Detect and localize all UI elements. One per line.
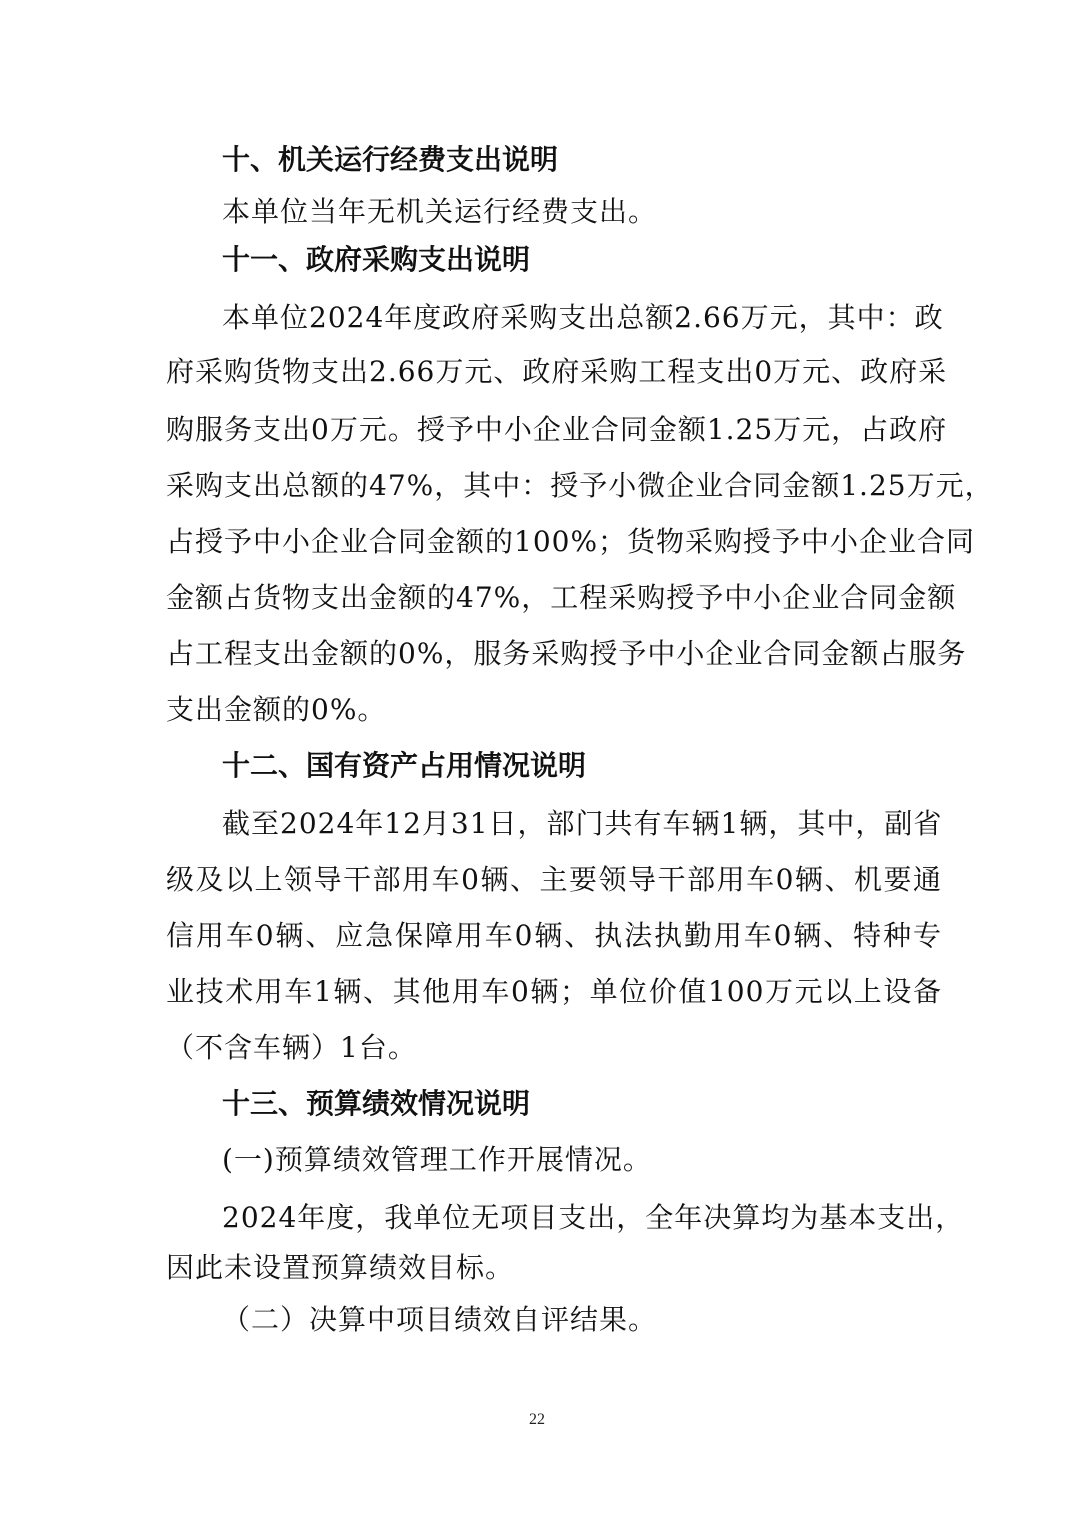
document-page: 十、机关运行经费支出说明 本单位当年无机关运行经费支出。 十一、政府采购支出说明…: [0, 0, 1074, 1520]
section-heading-13: 十三、预算绩效情况说明: [222, 1084, 942, 1124]
page-number: 22: [0, 1411, 1074, 1429]
paragraph-line: 金额占货物支出金额的47%，工程采购授予中小企业合同金额: [166, 578, 942, 618]
subsection-heading: (一)预算绩效管理工作开展情况。: [222, 1140, 942, 1180]
paragraph-line: 占授予中小企业合同金额的100%；货物采购授予中小企业合同: [166, 522, 942, 562]
paragraph-line: 因此未设置预算绩效目标。: [166, 1248, 942, 1288]
paragraph-line: 占工程支出金额的0%，服务采购授予中小企业合同金额占服务: [166, 634, 942, 674]
section-heading-12: 十二、国有资产占用情况说明: [222, 746, 942, 786]
paragraph-line: 截至2024年12月31日，部门共有车辆1辆，其中，副省: [222, 804, 942, 844]
paragraph-line: 业技术用车1辆、其他用车0辆；单位价值100万元以上设备: [166, 972, 942, 1012]
paragraph-line: 本单位2024年度政府采购支出总额2.66万元，其中：政: [222, 298, 942, 338]
paragraph-line: 购服务支出0万元。授予中小企业合同金额1.25万元，占政府: [166, 410, 942, 450]
subsection-heading: （二）决算中项目绩效自评结果。: [222, 1300, 942, 1340]
section-heading-11: 十一、政府采购支出说明: [222, 240, 942, 280]
paragraph-line: （不含车辆）1台。: [166, 1028, 942, 1068]
paragraph-line: 信用车0辆、应急保障用车0辆、执法执勤用车0辆、特种专: [166, 916, 942, 956]
paragraph-line: 支出金额的0%。: [166, 690, 942, 730]
paragraph-line: 采购支出总额的47%，其中：授予小微企业合同金额1.25万元，: [166, 466, 942, 506]
section-heading-10: 十、机关运行经费支出说明: [222, 140, 942, 180]
paragraph-line: 级及以上领导干部用车0辆、主要领导干部用车0辆、机要通: [166, 860, 942, 900]
paragraph-line: 本单位当年无机关运行经费支出。: [222, 192, 942, 232]
paragraph-line: 府采购货物支出2.66万元、政府采购工程支出0万元、政府采: [166, 352, 942, 392]
paragraph-line: 2024年度，我单位无项目支出，全年决算均为基本支出，: [222, 1198, 942, 1238]
